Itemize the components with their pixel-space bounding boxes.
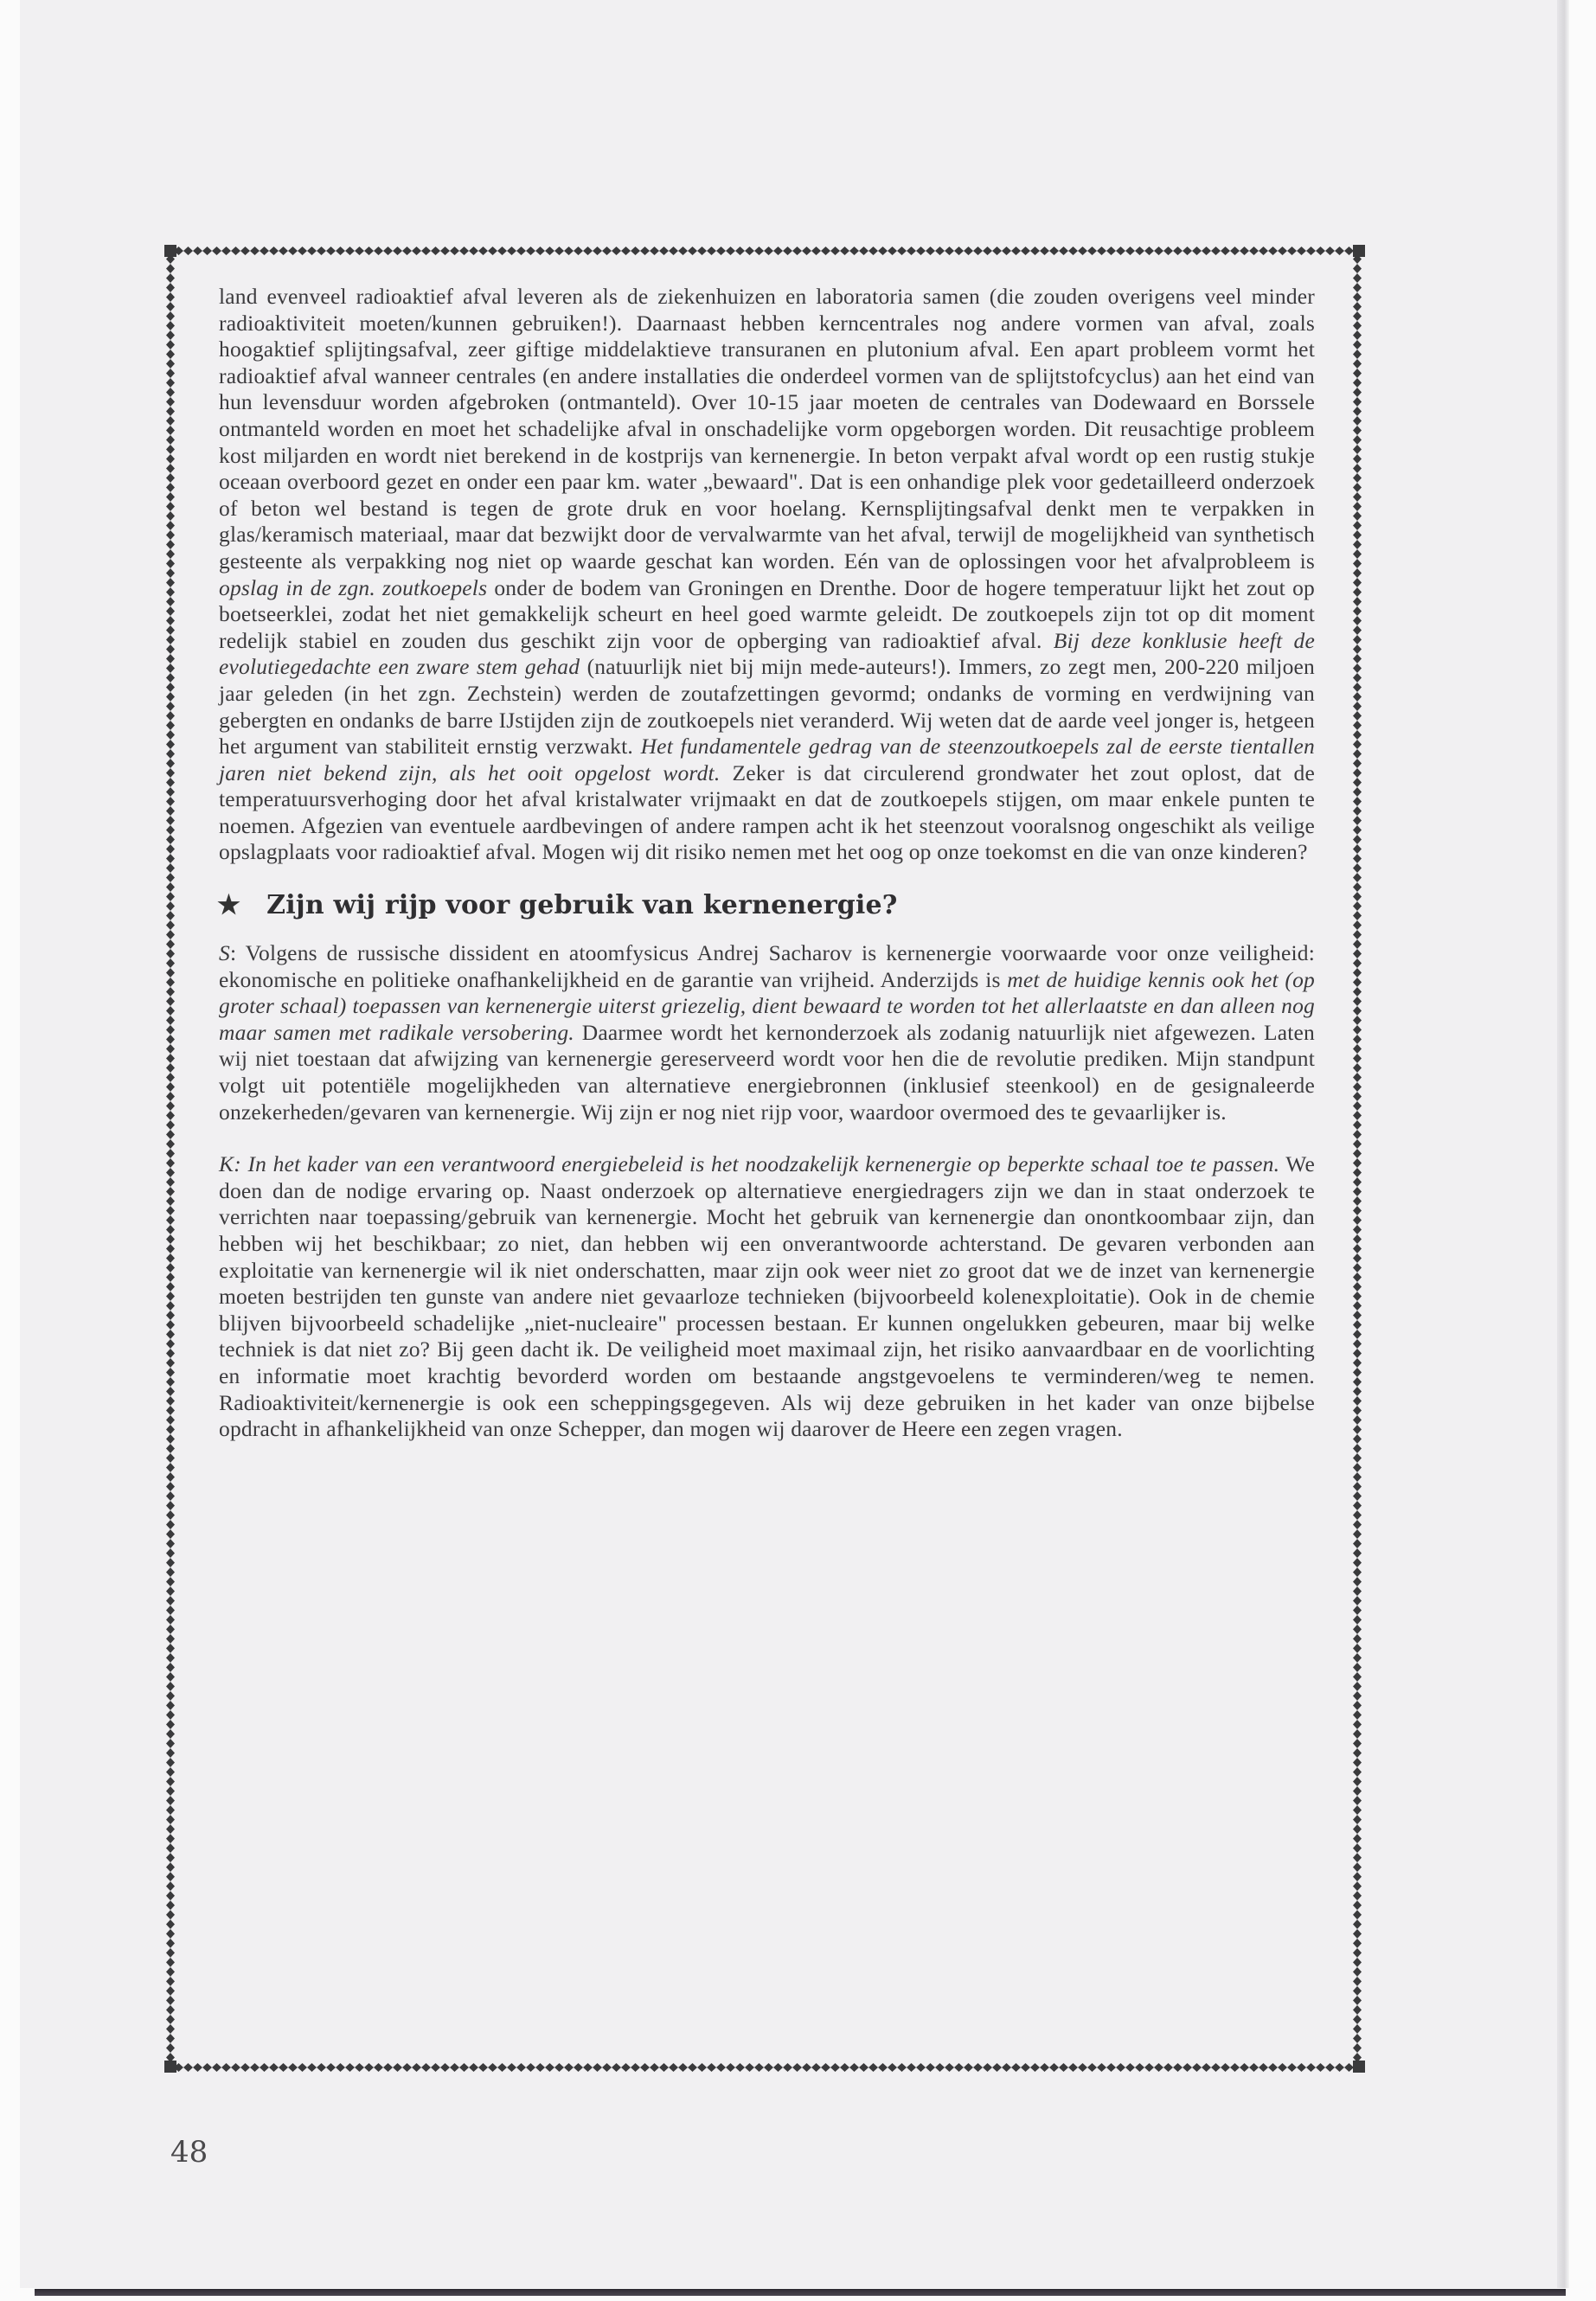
page-edge-shadow — [1557, 0, 1569, 2288]
page-number: 48 — [170, 2135, 208, 2170]
section-heading-text: Zijn wij rijp voor gebruik van kernenerg… — [266, 888, 897, 923]
intro-paragraph: land evenveel radioaktief afval leveren … — [219, 284, 1315, 866]
italic-run: K: In het kader van een verantwoord ener… — [219, 1151, 1279, 1176]
text-run: We doen dan de nodige ervaring op. Naast… — [219, 1151, 1315, 1441]
section-heading: ★ Zijn wij rijp voor gebruik van kernene… — [217, 888, 1315, 923]
italic-run: opslag in de zgn. zoutkoepels — [219, 575, 487, 600]
scan-bottom-strip — [35, 2289, 1566, 2296]
paragraph-gap — [219, 1125, 1315, 1151]
star-icon: ★ — [217, 888, 240, 923]
k-paragraph: K: In het kader van een verantwoord ener… — [219, 1151, 1315, 1443]
text-run: land evenveel radioaktief afval leveren … — [219, 284, 1315, 574]
italic-run: S — [219, 940, 230, 965]
article-body: land evenveel radioaktief afval leveren … — [219, 246, 1315, 1443]
s-paragraph: S: Volgens de russische dissident en ato… — [219, 940, 1315, 1125]
